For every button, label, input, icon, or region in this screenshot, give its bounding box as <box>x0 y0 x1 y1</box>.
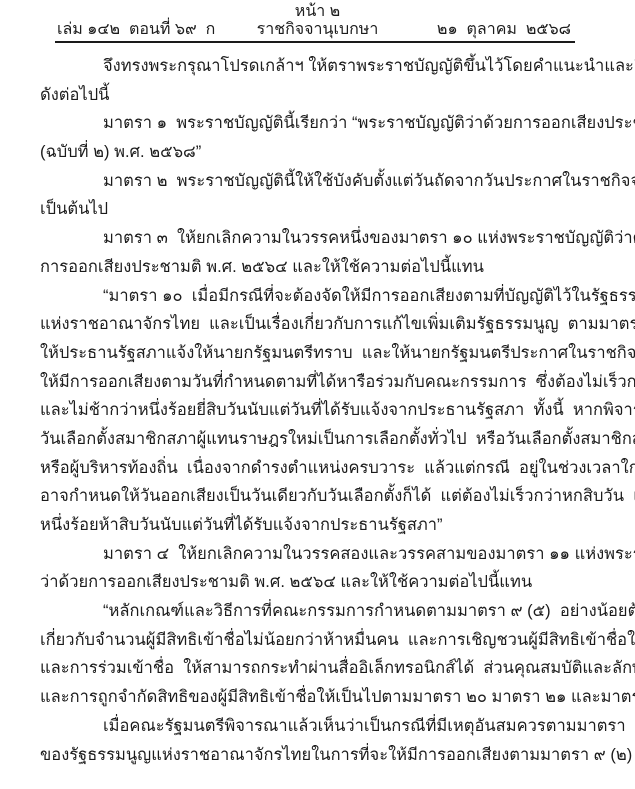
body-line: ให้มีการออกเสียงตามวันที่กำหนดตามที่ได้ห… <box>40 368 605 397</box>
body-line: และการถูกจำกัดสิทธิของผู้มีสิทธิเข้าชื่อ… <box>40 683 605 712</box>
header-divider <box>55 41 575 43</box>
body-line: เป็นต้นไป <box>40 195 605 224</box>
body-line: เกี่ยวกับจำนวนผู้มีสิทธิเข้าชื่อไม่น้อยก… <box>40 626 605 655</box>
publication-date: ๒๑ ตุลาคม ๒๕๖๘ <box>437 20 571 40</box>
body-line: มาตรา ๓ ให้ยกเลิกความในวรรคหนึ่งของมาตรา… <box>40 224 605 253</box>
body-line: มาตรา ๒ พระราชบัญญัตินี้ให้ใช้บังคับตั้ง… <box>40 167 605 196</box>
body-line: ว่าด้วยการออกเสียงประชามติ พ.ศ. ๒๕๖๔ และ… <box>40 568 605 597</box>
body-line: และการร่วมเข้าชื่อ ให้สามารถกระทำผ่านสื่… <box>40 654 605 683</box>
body-line: มาตรา ๔ ให้ยกเลิกความในวรรคสองและวรรคสาม… <box>40 540 605 569</box>
body-line: อาจกำหนดให้วันออกเสียงเป็นวันเดียวกับวัน… <box>40 482 605 511</box>
body-line: หรือผู้บริหารท้องถิ่น เนื่องจากดำรงตำแหน… <box>40 454 605 483</box>
gazette-page: หน้า ๒ เล่ม ๑๔๒ ตอนที่ ๖๙ ก ราชกิจจานุเบ… <box>0 0 635 789</box>
gazette-header: เล่ม ๑๔๒ ตอนที่ ๖๙ ก ราชกิจจานุเบกษา ๒๑ … <box>0 20 635 42</box>
page-number: หน้า ๒ <box>0 2 635 22</box>
body-line: ของรัฐธรรมนูญแห่งราชอาณาจักรไทยในการที่จ… <box>40 741 605 770</box>
body-line: (ฉบับที่ ๒) พ.ศ. ๒๕๖๘” <box>40 138 605 167</box>
body-line: “หลักเกณฑ์และวิธีการที่คณะกรรมการกำหนดตา… <box>40 597 605 626</box>
body-line: มาตรา ๑ พระราชบัญญัตินี้เรียกว่า “พระราช… <box>40 109 605 138</box>
body-line: แห่งราชอาณาจักรไทย และเป็นเรื่องเกี่ยวกั… <box>40 310 605 339</box>
body-line: การออกเสียงประชามติ พ.ศ. ๒๕๖๔ และให้ใช้ค… <box>40 253 605 282</box>
body-line: ให้ประธานรัฐสภาแจ้งให้นายกรัฐมนตรีทราบ แ… <box>40 339 605 368</box>
body-line: ดังต่อไปนี้ <box>40 81 605 110</box>
body-line: วันเลือกตั้งสมาชิกสภาผู้แทนราษฎรใหม่เป็น… <box>40 425 605 454</box>
body-line: เมื่อคณะรัฐมนตรีพิจารณาแล้วเห็นว่าเป็นกร… <box>40 712 605 741</box>
body-line: และไม่ช้ากว่าหนึ่งร้อยยี่สิบวันนับแต่วัน… <box>40 396 605 425</box>
body-line: หนึ่งร้อยห้าสิบวันนับแต่วันที่ได้รับแจ้ง… <box>40 511 605 540</box>
document-body: จึงทรงพระกรุณาโปรดเกล้าฯ ให้ตราพระราชบัญ… <box>40 52 605 769</box>
body-line: “มาตรา ๑๐ เมื่อมีกรณีที่จะต้องจัดให้มีกา… <box>40 282 605 311</box>
body-line: จึงทรงพระกรุณาโปรดเกล้าฯ ให้ตราพระราชบัญ… <box>40 52 605 81</box>
